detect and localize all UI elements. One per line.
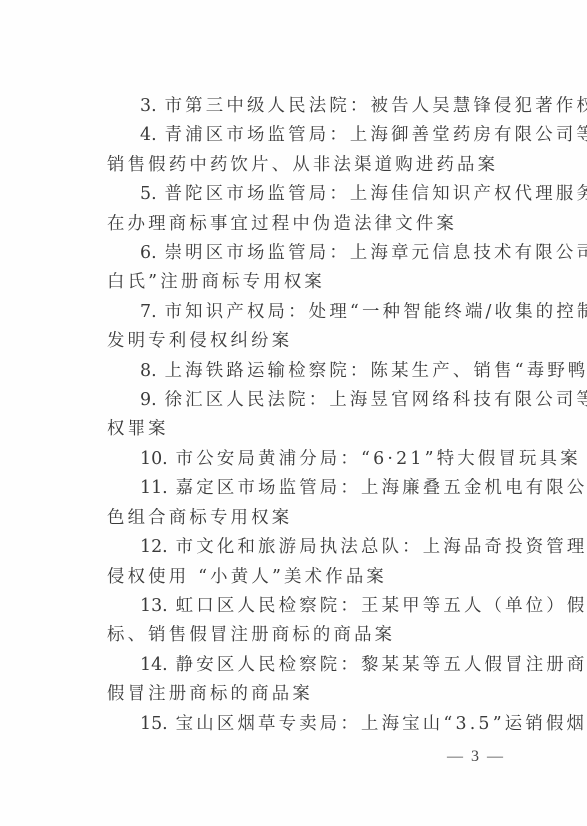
list-item: 7.市知识产权局：处理“一种智能终端/收集的控制方法” 发明专利侵权纠纷案 bbox=[74, 298, 516, 357]
item-number: 10. bbox=[140, 449, 168, 469]
item-number: 15. bbox=[140, 714, 168, 734]
item-line: 14.静安区人民检察院：黎某某等五人假冒注册商标、销售 bbox=[74, 651, 516, 680]
item-line: 白氏”注册商标专用权案 bbox=[74, 268, 516, 297]
item-line: 6.崇明区市场监管局：上海章元信息技术有限公司侵犯“邓 bbox=[74, 239, 516, 268]
item-number: 13. bbox=[140, 596, 168, 616]
list-item: 10.市公安局黄浦分局：“6·21”特大假冒玩具案 bbox=[74, 445, 516, 474]
item-line: 色组合商标专用权案 bbox=[74, 504, 516, 533]
item-line: 10.市公安局黄浦分局：“6·21”特大假冒玩具案 bbox=[74, 445, 516, 474]
item-line: 4.青浦区市场监管局：上海御善堂药房有限公司等单位生产 bbox=[74, 121, 516, 150]
item-line: 8.上海铁路运输检察院：陈某生产、销售“毒野鸭”案 bbox=[74, 357, 516, 386]
item-text: 市公安局黄浦分局：“6·21”特大假冒玩具案 bbox=[176, 449, 581, 469]
item-text: 上海铁路运输检察院：陈某生产、销售“毒野鸭”案 bbox=[165, 361, 587, 381]
list-item: 4.青浦区市场监管局：上海御善堂药房有限公司等单位生产 销售假药中药饮片、从非法… bbox=[74, 121, 516, 180]
case-list: 3.市第三中级人民法院：被告人吴慧锋侵犯著作权罪案 4.青浦区市场监管局：上海御… bbox=[74, 92, 516, 739]
item-number: 8. bbox=[140, 361, 157, 381]
list-item: 13.虹口区人民检察院：王某甲等五人（单位）假冒注册商 标、销售假冒注册商标的商… bbox=[74, 592, 516, 651]
list-item: 14.静安区人民检察院：黎某某等五人假冒注册商标、销售 假冒注册商标的商品案 bbox=[74, 651, 516, 710]
list-item: 15.宝山区烟草专卖局：上海宝山“3.5”运销假烟、走私烟 bbox=[74, 710, 516, 739]
item-line: 权罪案 bbox=[74, 415, 516, 444]
list-item: 11.嘉定区市场监管局：上海廉叠五金机电有限公司侵犯颜 色组合商标专用权案 bbox=[74, 474, 516, 533]
item-text: 静安区人民检察院：黎某某等五人假冒注册商标、销售 bbox=[176, 655, 587, 675]
item-number: 3. bbox=[140, 96, 157, 116]
item-text: 普陀区市场监管局：上海佳信知识产权代理服务有限公司 bbox=[165, 184, 587, 204]
item-line: 3.市第三中级人民法院：被告人吴慧锋侵犯著作权罪案 bbox=[74, 92, 516, 121]
item-line: 12.市文化和旅游局执法总队：上海品奇投资管理有限公司 bbox=[74, 533, 516, 562]
item-text: 宝山区烟草专卖局：上海宝山“3.5”运销假烟、走私烟 bbox=[176, 714, 587, 734]
item-text: 徐汇区人民法院：上海昱官网络科技有限公司等侵犯著作 bbox=[165, 390, 587, 410]
item-line: 销售假药中药饮片、从非法渠道购进药品案 bbox=[74, 151, 516, 180]
item-number: 6. bbox=[140, 243, 157, 263]
item-number: 14. bbox=[140, 655, 168, 675]
item-text: 崇明区市场监管局：上海章元信息技术有限公司侵犯“邓 bbox=[165, 243, 587, 263]
list-item: 6.崇明区市场监管局：上海章元信息技术有限公司侵犯“邓 白氏”注册商标专用权案 bbox=[74, 239, 516, 298]
list-item: 5.普陀区市场监管局：上海佳信知识产权代理服务有限公司 在办理商标事宜过程中伪造… bbox=[74, 180, 516, 239]
document-page: 3.市第三中级人民法院：被告人吴慧锋侵犯著作权罪案 4.青浦区市场监管局：上海御… bbox=[0, 0, 587, 826]
item-text: 市文化和旅游局执法总队：上海品奇投资管理有限公司 bbox=[176, 537, 587, 557]
item-line: 假冒注册商标的商品案 bbox=[74, 680, 516, 709]
item-text: 市知识产权局：处理“一种智能终端/收集的控制方法” bbox=[165, 302, 587, 322]
item-number: 4. bbox=[140, 125, 157, 145]
item-number: 7. bbox=[140, 302, 157, 322]
item-line: 9.徐汇区人民法院：上海昱官网络科技有限公司等侵犯著作 bbox=[74, 386, 516, 415]
item-number: 11. bbox=[140, 478, 168, 498]
item-number: 5. bbox=[140, 184, 157, 204]
item-line: 7.市知识产权局：处理“一种智能终端/收集的控制方法” bbox=[74, 298, 516, 327]
item-line: 侵权使用 “小黄人”美术作品案 bbox=[74, 563, 516, 592]
item-text: 市第三中级人民法院：被告人吴慧锋侵犯著作权罪案 bbox=[165, 96, 587, 116]
item-line: 11.嘉定区市场监管局：上海廉叠五金机电有限公司侵犯颜 bbox=[74, 474, 516, 503]
item-line: 在办理商标事宜过程中伪造法律文件案 bbox=[74, 210, 516, 239]
item-line: 5.普陀区市场监管局：上海佳信知识产权代理服务有限公司 bbox=[74, 180, 516, 209]
item-text: 青浦区市场监管局：上海御善堂药房有限公司等单位生产 bbox=[165, 125, 587, 145]
item-line: 15.宝山区烟草专卖局：上海宝山“3.5”运销假烟、走私烟 bbox=[74, 710, 516, 739]
list-item: 8.上海铁路运输检察院：陈某生产、销售“毒野鸭”案 bbox=[74, 357, 516, 386]
page-number: — 3 — bbox=[447, 748, 505, 766]
item-line: 标、销售假冒注册商标的商品案 bbox=[74, 621, 516, 650]
list-item: 12.市文化和旅游局执法总队：上海品奇投资管理有限公司 侵权使用 “小黄人”美术… bbox=[74, 533, 516, 592]
item-line: 13.虹口区人民检察院：王某甲等五人（单位）假冒注册商 bbox=[74, 592, 516, 621]
item-line: 发明专利侵权纠纷案 bbox=[74, 327, 516, 356]
item-number: 9. bbox=[140, 390, 157, 410]
item-text: 嘉定区市场监管局：上海廉叠五金机电有限公司侵犯颜 bbox=[176, 478, 587, 498]
list-item: 3.市第三中级人民法院：被告人吴慧锋侵犯著作权罪案 bbox=[74, 92, 516, 121]
item-text: 虹口区人民检察院：王某甲等五人（单位）假冒注册商 bbox=[176, 596, 587, 616]
item-number: 12. bbox=[140, 537, 168, 557]
list-item: 9.徐汇区人民法院：上海昱官网络科技有限公司等侵犯著作 权罪案 bbox=[74, 386, 516, 445]
